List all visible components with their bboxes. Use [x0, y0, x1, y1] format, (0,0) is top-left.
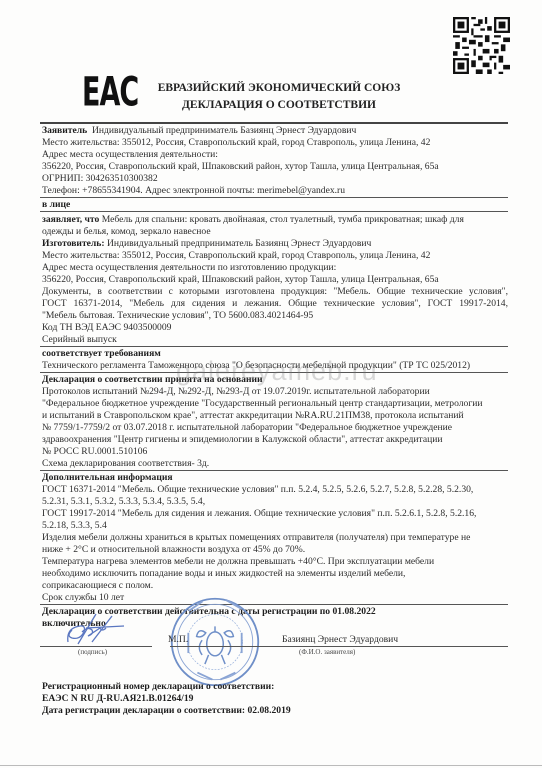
- name-line: [170, 646, 508, 647]
- manufacturer-line: Изготовитель: Индивидуальный предпринима…: [42, 238, 371, 250]
- requirements-label: соответствует требованиям: [42, 348, 161, 360]
- additional-line: ниже + 2°С и относительной влажности воз…: [42, 544, 305, 556]
- additional-line: необходимо исключить попадание воды и ин…: [42, 568, 405, 580]
- signature-line: [40, 646, 152, 647]
- divider: [40, 470, 508, 471]
- additional-line: ГОСТ 16371-2014 "Мебель. Общие техническ…: [42, 484, 473, 496]
- additional-line: Температура нагрева элементов мебели не …: [42, 556, 434, 568]
- divider: [40, 197, 508, 198]
- manufacturer-residence: Место жительства: 355012, Россия, Ставро…: [42, 250, 430, 262]
- basis-line: Протоколов испытаний №294-Д, №292-Д, №29…: [42, 386, 430, 398]
- applicant-line: Заявитель Индивидуальный предприниматель…: [42, 125, 356, 137]
- product-line: заявляет, что Мебель для спальни: кроват…: [42, 214, 464, 226]
- applicant-contacts: Телефон: +78655341904. Адрес электронной…: [42, 185, 345, 197]
- documents-line-1: Документы, в соответствии с которыми изг…: [42, 286, 508, 298]
- divider: [40, 346, 508, 347]
- service-life: Срок службы 10 лет: [42, 592, 124, 604]
- basis-line: № РОСС RU.0001.510106: [42, 446, 147, 458]
- declares-label: заявляет, что: [42, 214, 99, 225]
- union-title: ЕВРАЗИЙСКИЙ ЭКОНОМИЧЕСКИЙ СОЮЗ: [8, 82, 542, 94]
- additional-line: 5.2.31, 5.3.1, 5.3.2, 5.3.3, 5.3.4, 5.3.…: [42, 496, 205, 508]
- additional-label: Дополнительная информация: [42, 472, 173, 484]
- divider: [40, 122, 508, 124]
- basis-line: № 7759/1-7759/2 от 03.07.2018 г. испытат…: [42, 422, 452, 434]
- in-person-label: в лице: [42, 199, 70, 211]
- production-label: Адрес места осуществления деятельности п…: [42, 262, 336, 274]
- divider: [40, 604, 508, 605]
- qr-code-icon: [453, 17, 510, 74]
- documents-line-3: "Мебель бытовая. Технические условия", Т…: [42, 310, 313, 322]
- product-text: Мебель для спальни: кровать двойнаяая, с…: [102, 214, 464, 225]
- basis-label: Декларация о соответствии принята на осн…: [42, 374, 263, 386]
- release-type: Серийный выпуск: [42, 334, 117, 346]
- basis-line: здравоохранения "Центр гигиены и эпидеми…: [42, 434, 443, 446]
- registration-number: ЕАЭС N RU Д-RU.АЯ21.В.01264/19: [42, 693, 193, 705]
- divider: [40, 372, 508, 373]
- registration-date: Дата регистрации декларации о соответств…: [42, 705, 291, 717]
- document-title: ДЕКЛАРАЦИЯ О СООТВЕТСТВИИ: [8, 99, 542, 111]
- additional-line: соприкасающиеся с полом.: [42, 580, 153, 592]
- manufacturer-name: Индивидуальный предприниматель Базиянц Э…: [107, 238, 371, 249]
- manufacturer-label: Изготовитель:: [42, 238, 105, 249]
- stamp-label: М.П.: [168, 634, 188, 646]
- basis-line: и испытаний в Ставропольском крае", атте…: [42, 410, 464, 422]
- basis-line: "Федеральное бюджетное учреждение "Госуд…: [42, 398, 483, 410]
- page-edge: [0, 765, 542, 766]
- applicant-residence: Место жительства: 355012, Россия, Ставро…: [42, 137, 430, 149]
- signature-icon: [58, 612, 128, 646]
- applicant-label: Заявитель: [42, 125, 87, 136]
- divider: [40, 211, 508, 212]
- applicant-activity-address: 356220, Россия, Ставропольский край, Шпа…: [42, 161, 439, 173]
- tn-ved-code: Код ТН ВЭД ЕАЭС 9403500009: [42, 322, 171, 334]
- registration-number-label: Регистрационный номер декларации о соотв…: [42, 681, 274, 693]
- additional-line: 5.2.18, 5.3.3, 5.4: [42, 520, 107, 532]
- applicant-activity-label: Адрес места осуществления деятельности:: [42, 149, 218, 161]
- signer-caption: (Ф.И.О. заявителя): [299, 648, 355, 656]
- applicant-name: Индивидуальный предприниматель Базиянц Э…: [92, 125, 356, 136]
- additional-line: ГОСТ 19917-2014 "Мебель для сидения и ле…: [42, 508, 476, 520]
- additional-line: Изделия мебели должны храниться в крытых…: [42, 532, 470, 544]
- requirements-text: Технического регламента Таможенного союз…: [42, 360, 470, 372]
- production-address: 356220, Россия, Ставропольский край, Шпа…: [42, 274, 439, 286]
- applicant-ogrnip: ОГРНИП: 304263510300382: [42, 173, 158, 185]
- product-text-2: одежды и белья, комод, зеркало навесное: [42, 226, 211, 238]
- signature-caption: (подпись): [78, 648, 107, 656]
- declaration-scheme: Схема декларирования соответствия- 3д.: [42, 458, 209, 470]
- documents-line-2: ГОСТ 16371-2014, "Мебель для сидения и л…: [42, 298, 508, 310]
- signer-name: Базиянц Эрнест Эдуардович: [282, 634, 398, 646]
